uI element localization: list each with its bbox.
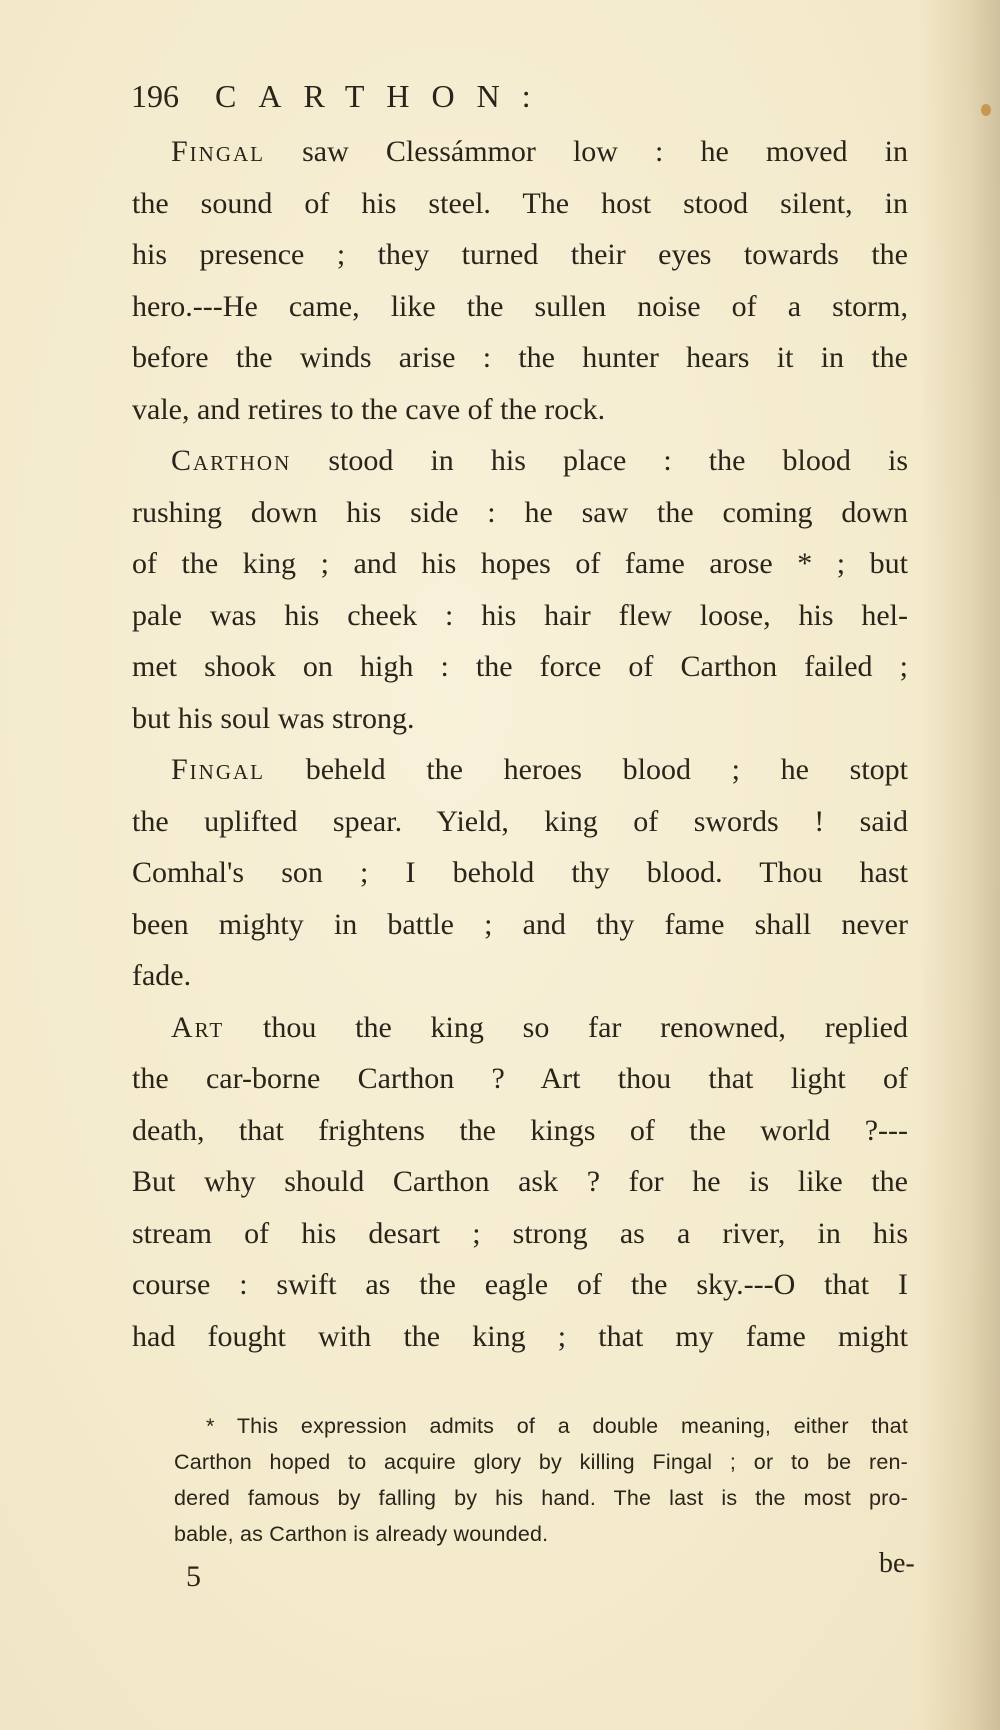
body-text: Fingal saw Clessámmor low : he moved in …: [132, 126, 908, 1362]
text-line: Comhal's son ; I behold thy blood. Thou …: [132, 847, 908, 899]
text-line: before the winds arise : the hunter hear…: [132, 332, 908, 384]
text-line: been mighty in battle ; and thy fame sha…: [132, 899, 908, 951]
running-title: CARTHON:: [215, 78, 553, 115]
foxing-stain: [981, 104, 991, 116]
paragraph-lead-word: Art: [171, 1011, 224, 1044]
text-line: the uplifted spear. Yield, king of sword…: [132, 796, 908, 848]
text-line: Art thou the king so far renowned, repli…: [132, 1002, 908, 1054]
text-line: death, that frightens the kings of the w…: [132, 1105, 908, 1157]
paragraph-lead-word: Carthon: [171, 444, 291, 477]
footnote-line: bable, as Carthon is already wounded.: [174, 1516, 908, 1552]
text-line: vale, and retires to the cave of the roc…: [132, 384, 908, 436]
paragraph: Fingal beheld the heroes blood ; he stop…: [132, 744, 908, 1002]
text-line: the car-borne Carthon ? Art thou that li…: [132, 1053, 908, 1105]
footnote-line: * This expression admits of a double mea…: [174, 1408, 908, 1444]
footnote-line: dered famous by falling by his hand. The…: [174, 1480, 908, 1516]
paragraph-lead-word: Fingal: [171, 135, 265, 168]
signature-mark: 5: [186, 1560, 201, 1594]
text-line: But why should Carthon ask ? for he is l…: [132, 1156, 908, 1208]
paragraph-lead-word: Fingal: [171, 753, 265, 786]
running-header: 196 CARTHON:: [131, 78, 831, 128]
footnote: * This expression admits of a double mea…: [174, 1408, 908, 1552]
book-page: 196 CARTHON: Fingal saw Clessámmor low :…: [0, 0, 1000, 1730]
text-line: had fought with the king ; that my fame …: [132, 1311, 908, 1363]
text-line: Carthon stood in his place : the blood i…: [132, 435, 908, 487]
text-line: met shook on high : the force of Carthon…: [132, 641, 908, 693]
paragraph: Carthon stood in his place : the blood i…: [132, 435, 908, 744]
text-line: Fingal saw Clessámmor low : he moved in: [132, 126, 908, 178]
text-line: pale was his cheek : his hair flew loose…: [132, 590, 908, 642]
text-line: the sound of his steel. The host stood s…: [132, 178, 908, 230]
text-line: stream of his desart ; strong as a river…: [132, 1208, 908, 1260]
text-line: but his soul was strong.: [132, 693, 908, 745]
text-line: rushing down his side : he saw the comin…: [132, 487, 908, 539]
paragraph: Art thou the king so far renowned, repli…: [132, 1002, 908, 1363]
paragraph: Fingal saw Clessámmor low : he moved in …: [132, 126, 908, 435]
text-line: of the king ; and his hopes of fame aros…: [132, 538, 908, 590]
text-line: Fingal beheld the heroes blood ; he stop…: [132, 744, 908, 796]
text-line: fade.: [132, 950, 908, 1002]
text-line: course : swift as the eagle of the sky.-…: [132, 1259, 908, 1311]
footnote-line: Carthon hoped to acquire glory by killin…: [174, 1444, 908, 1480]
catchword: be-: [879, 1548, 915, 1580]
text-line: his presence ; they turned their eyes to…: [132, 229, 908, 281]
text-line: hero.---He came, like the sullen noise o…: [132, 281, 908, 333]
page-number: 196: [131, 78, 179, 115]
